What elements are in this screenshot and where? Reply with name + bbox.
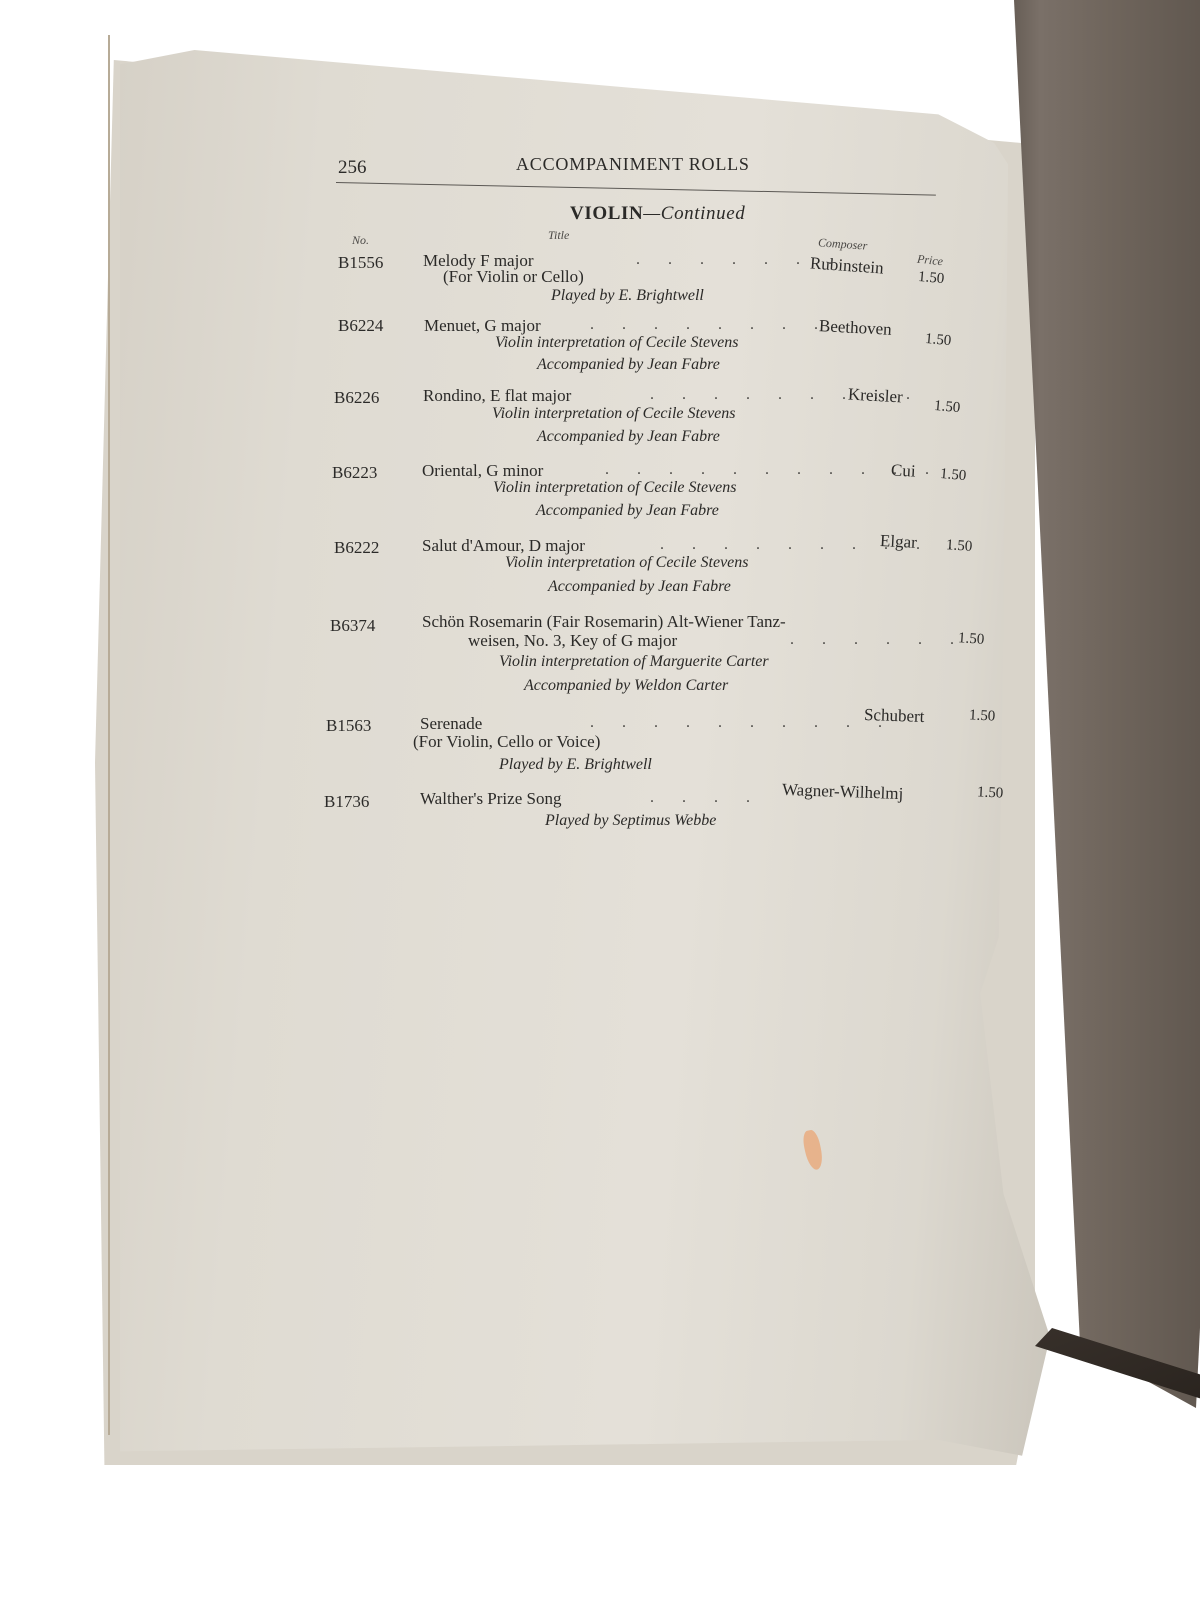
entry-price: 1.50: [917, 269, 945, 288]
entry-accompanist: Accompanied by Jean Fabre: [537, 428, 720, 446]
entry-credit: Violin interpretation of Cecile Stevens: [495, 334, 739, 352]
entry-number: B1563: [326, 716, 371, 736]
entry-accompanist: Accompanied by Jean Fabre: [536, 502, 719, 520]
entry-title: Serenade: [420, 714, 482, 734]
section-title: VIOLIN—Continued: [570, 203, 745, 225]
entry-title: Menuet, G major: [424, 316, 541, 336]
entry-credit: Violin interpretation of Cecile Stevens: [505, 554, 749, 572]
column-header-price: Price: [916, 252, 943, 270]
entry-title: Schön Rosemarin (Fair Rosemarin) Alt-Wie…: [422, 612, 786, 632]
entry-price: 1.50: [969, 707, 996, 725]
entry-credit: Played by E. Brightwell: [551, 287, 704, 305]
entry-credit: Violin interpretation of Cecile Stevens: [492, 405, 736, 423]
entry-subtitle: (For Violin or Cello): [443, 267, 584, 287]
entry-credit: Played by Septimus Webbe: [545, 812, 716, 830]
dot-leader: . . . .: [650, 789, 762, 807]
dot-leader: . . . . . .: [790, 631, 966, 649]
column-header-no: No.: [352, 233, 369, 248]
running-title: ACCOMPANIMENT ROLLS: [516, 154, 750, 175]
page-content: 256 ACCOMPANIMENT ROLLS VIOLIN—Continued…: [0, 0, 1200, 1600]
entry-credit: Violin interpretation of Cecile Stevens: [493, 479, 737, 497]
entry-title: Rondino, E flat major: [423, 386, 571, 406]
entry-price: 1.50: [945, 537, 972, 556]
entry-subtitle: weisen, No. 3, Key of G major: [468, 631, 677, 651]
entry-credit: Played by E. Brightwell: [499, 756, 652, 774]
entry-title: Walther's Prize Song: [420, 789, 561, 809]
section-name: VIOLIN: [570, 203, 643, 224]
page-number: 256: [338, 157, 367, 179]
entry-number: B1556: [338, 253, 383, 273]
entry-composer: Wagner-Wilhelmj: [782, 780, 904, 804]
entry-composer: Beethoven: [819, 316, 893, 340]
entry-number: B6222: [334, 538, 379, 558]
dot-leader: . . . . . . . . . .: [660, 536, 964, 554]
dot-leader: . . . . . . . . . .: [590, 714, 894, 732]
entry-subtitle: (For Violin, Cello or Voice): [413, 732, 600, 752]
entry-accompanist: Accompanied by Weldon Carter: [524, 677, 728, 695]
entry-composer: Elgar: [880, 531, 918, 553]
entry-number: B6374: [330, 616, 375, 636]
entry-composer: Rubinstein: [809, 253, 884, 278]
column-header-title: Title: [548, 228, 569, 243]
entry-title: Salut d'Amour, D major: [422, 536, 585, 556]
header-rule: [336, 182, 936, 196]
entry-accompanist: Accompanied by Jean Fabre: [548, 578, 731, 596]
entry-credit: Violin interpretation of Marguerite Cart…: [499, 653, 769, 671]
entry-price: 1.50: [933, 398, 961, 417]
entry-composer: Kreisler: [848, 385, 904, 408]
entry-number: B6224: [338, 316, 383, 336]
entry-price: 1.50: [939, 466, 967, 485]
entry-title: Oriental, G minor: [422, 461, 543, 481]
entry-composer: Cui: [890, 460, 916, 481]
entry-accompanist: Accompanied by Jean Fabre: [537, 356, 720, 374]
entry-price: 1.50: [924, 331, 952, 350]
entry-price: 1.50: [977, 784, 1004, 802]
entry-number: B6226: [334, 388, 379, 408]
entry-number: B6223: [332, 463, 377, 483]
entry-price: 1.50: [957, 630, 984, 649]
section-continued: —Continued: [643, 203, 745, 224]
dot-leader: . . . . . . . .: [590, 316, 830, 334]
entry-composer: Schubert: [864, 705, 925, 727]
entry-number: B1736: [324, 792, 369, 812]
